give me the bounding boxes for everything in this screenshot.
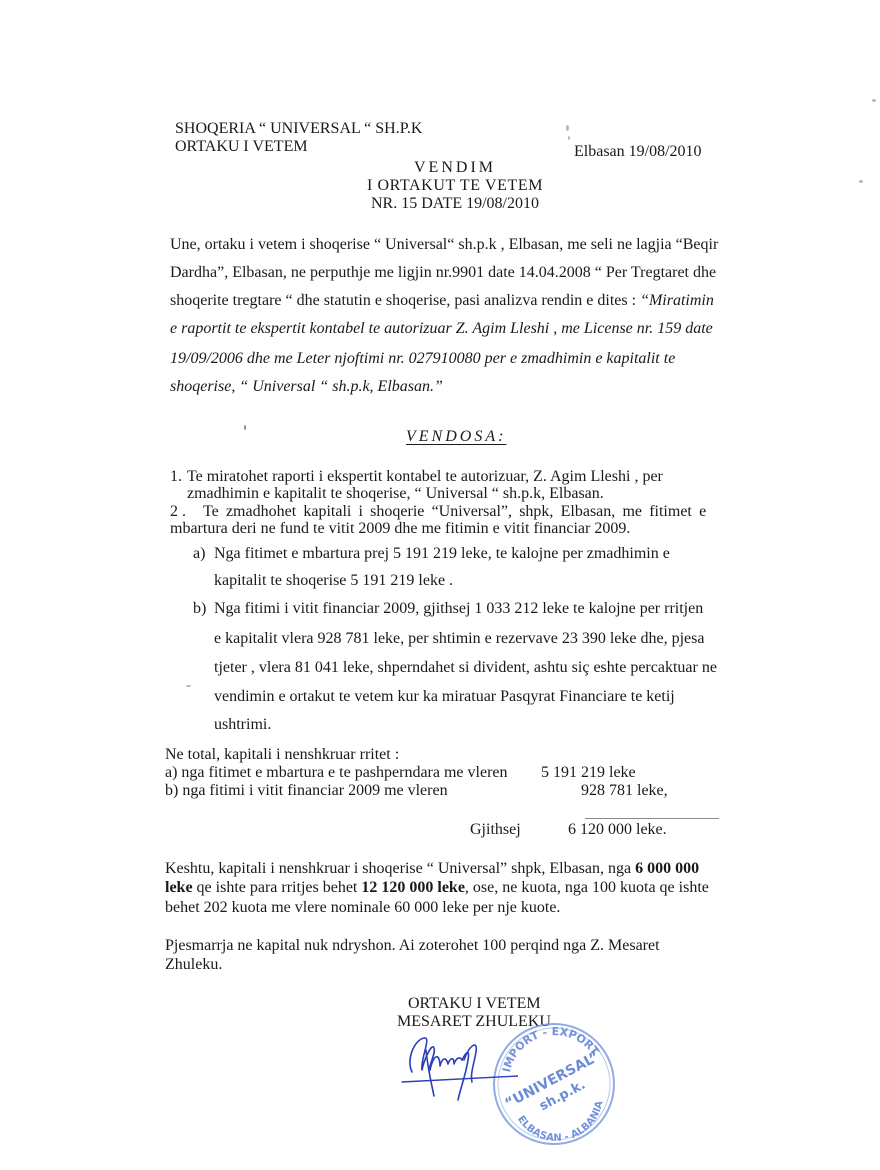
intro-line: Une, ortaku i vetem i shoqerise “ Univer…	[170, 236, 718, 254]
intro-line: Dardha”, Elbasan, ne perputhje me ligjin…	[170, 264, 716, 282]
title-subtitle: I ORTAKUT TE VETEM	[330, 177, 580, 195]
scan-speck	[859, 180, 863, 183]
sub-b-line: e kapitalit vlera 928 781 leke, per shti…	[214, 630, 704, 648]
item-2-line: Te zmadhohet kapitali i shoqerie “Univer…	[203, 503, 706, 521]
signatory-role: ORTAKU I VETEM	[408, 995, 541, 1013]
total-label: Gjithsej	[470, 821, 521, 839]
item-1-number: 1.	[170, 468, 182, 486]
item-1-line: zmadhimin e kapitalit te shoqerise, “ Un…	[187, 485, 604, 503]
decision-heading: VENDOSA:	[406, 428, 506, 446]
svg-text:ELBASAN - ALBANIA: ELBASAN - ALBANIA	[515, 1100, 605, 1144]
sub-a-label: a)	[193, 545, 205, 563]
sub-b-line: ushtrimi.	[214, 716, 271, 734]
sub-b-label: b)	[193, 600, 206, 618]
total-value: 6 120 000 leke.	[568, 821, 667, 839]
title-number-date: NR. 15 DATE 19/08/2010	[330, 195, 580, 213]
title-vendim: VENDIM	[330, 159, 580, 177]
conclusion-line: Keshtu, kapitali i nenshkruar i shoqeris…	[165, 860, 699, 878]
scan-speck	[872, 99, 876, 102]
scan-speck	[186, 685, 191, 687]
signature-icon	[398, 1030, 518, 1110]
intro-line: 19/09/2006 dhe me Leter njoftimi nr. 027…	[170, 350, 675, 368]
place-date: Elbasan 19/08/2010	[574, 143, 702, 161]
intro-line: shoqerise, “ Universal “ sh.p.k, Elbasan…	[170, 378, 443, 396]
totals-intro: Ne total, kapitali i nenshkruar rritet :	[165, 746, 399, 764]
conclusion-line: behet 202 kuota me vlere nominale 60 000…	[165, 899, 560, 917]
company-role: ORTAKU I VETEM	[175, 138, 308, 156]
scan-speck	[566, 125, 569, 131]
sub-b-line: Nga fitimi i vitit financiar 2009, gjith…	[214, 600, 703, 618]
totals-row-value: 5 191 219 leke	[541, 764, 636, 782]
item-2-line: mbartura deri ne fund te vitit 2009 dhe …	[170, 520, 630, 538]
company-name: SHOQERIA “ UNIVERSAL “ SH.P.K	[175, 120, 422, 138]
sub-b-line: vendimin e ortakut te vetem kur ka mirat…	[214, 688, 675, 706]
sub-b-line: tjeter , vlera 81 041 leke, shperndahet …	[214, 659, 717, 677]
sub-a-line: kapitalit te shoqerise 5 191 219 leke .	[214, 572, 453, 590]
intro-line: shoqerite tregtare “ dhe statutin e shoq…	[170, 292, 714, 310]
document-page: SHOQERIA “ UNIVERSAL “ SH.P.K ORTAKU I V…	[0, 0, 880, 1170]
item-2-number: 2 .	[170, 503, 186, 521]
scan-speck	[568, 136, 570, 140]
sum-rule	[585, 818, 719, 819]
handwritten-signature	[398, 1030, 518, 1110]
conclusion-line: leke qe ishte para rritjes behet 12 120 …	[165, 879, 709, 897]
totals-row-label: a) nga fitimet e mbartura e te pashpernd…	[165, 764, 508, 782]
ownership-line: Pjesmarrja ne kapital nuk ndryshon. Ai z…	[165, 937, 660, 955]
item-1-line: Te miratohet raporti i ekspertit kontabe…	[187, 468, 663, 486]
totals-row-value: 928 781 leke,	[581, 782, 668, 800]
ownership-line: Zhuleku.	[165, 956, 222, 974]
intro-line: e raportit te ekspertit kontabel te auto…	[170, 320, 713, 338]
sub-a-line: Nga fitimet e mbartura prej 5 191 219 le…	[214, 545, 670, 563]
scan-speck	[244, 425, 246, 430]
totals-row-label: b) nga fitimi i vitit financiar 2009 me …	[165, 782, 448, 800]
